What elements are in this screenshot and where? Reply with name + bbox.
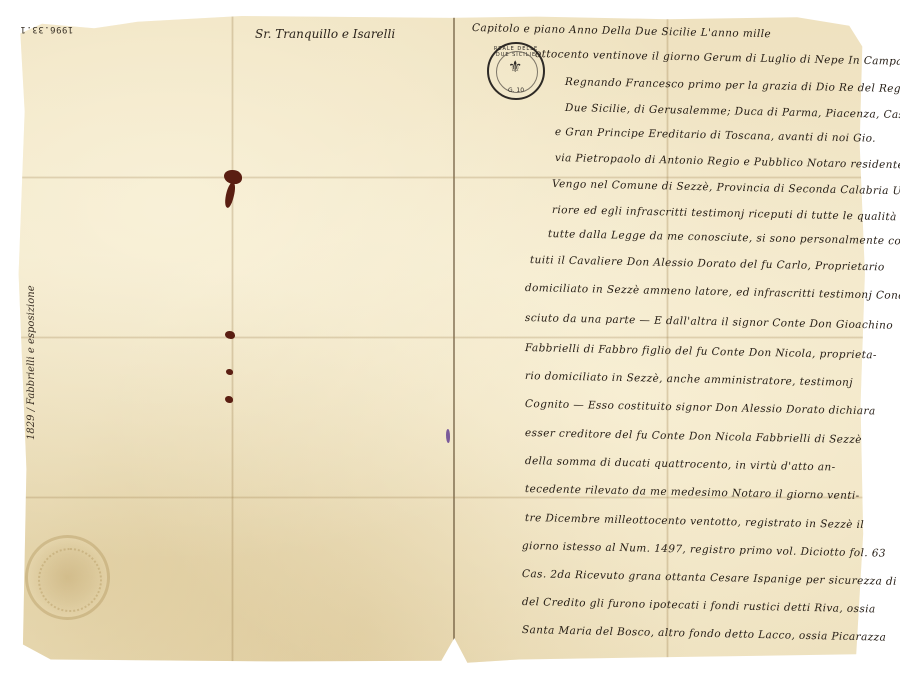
ink-stain bbox=[226, 369, 233, 375]
fold-line-horizontal-middle bbox=[16, 336, 884, 339]
embossed-seal-ring bbox=[38, 548, 102, 612]
ink-mark bbox=[446, 429, 450, 443]
fleur-de-lis-crest-icon: ⚜ bbox=[508, 59, 522, 75]
margin-note: 1829 / Fabbrielli e esposizione bbox=[26, 285, 37, 440]
embossed-seal bbox=[25, 535, 110, 620]
stamp-text-bottom: G. 10 bbox=[489, 87, 543, 94]
fold-line-center bbox=[453, 14, 455, 664]
catalog-number: 1996.33.1 bbox=[20, 24, 73, 34]
ink-stain bbox=[225, 331, 235, 339]
header-title: Sr. Tranquillo e Isarelli bbox=[255, 27, 395, 41]
faint-bleedthrough-text bbox=[56, 94, 436, 318]
ink-stain bbox=[225, 396, 233, 403]
